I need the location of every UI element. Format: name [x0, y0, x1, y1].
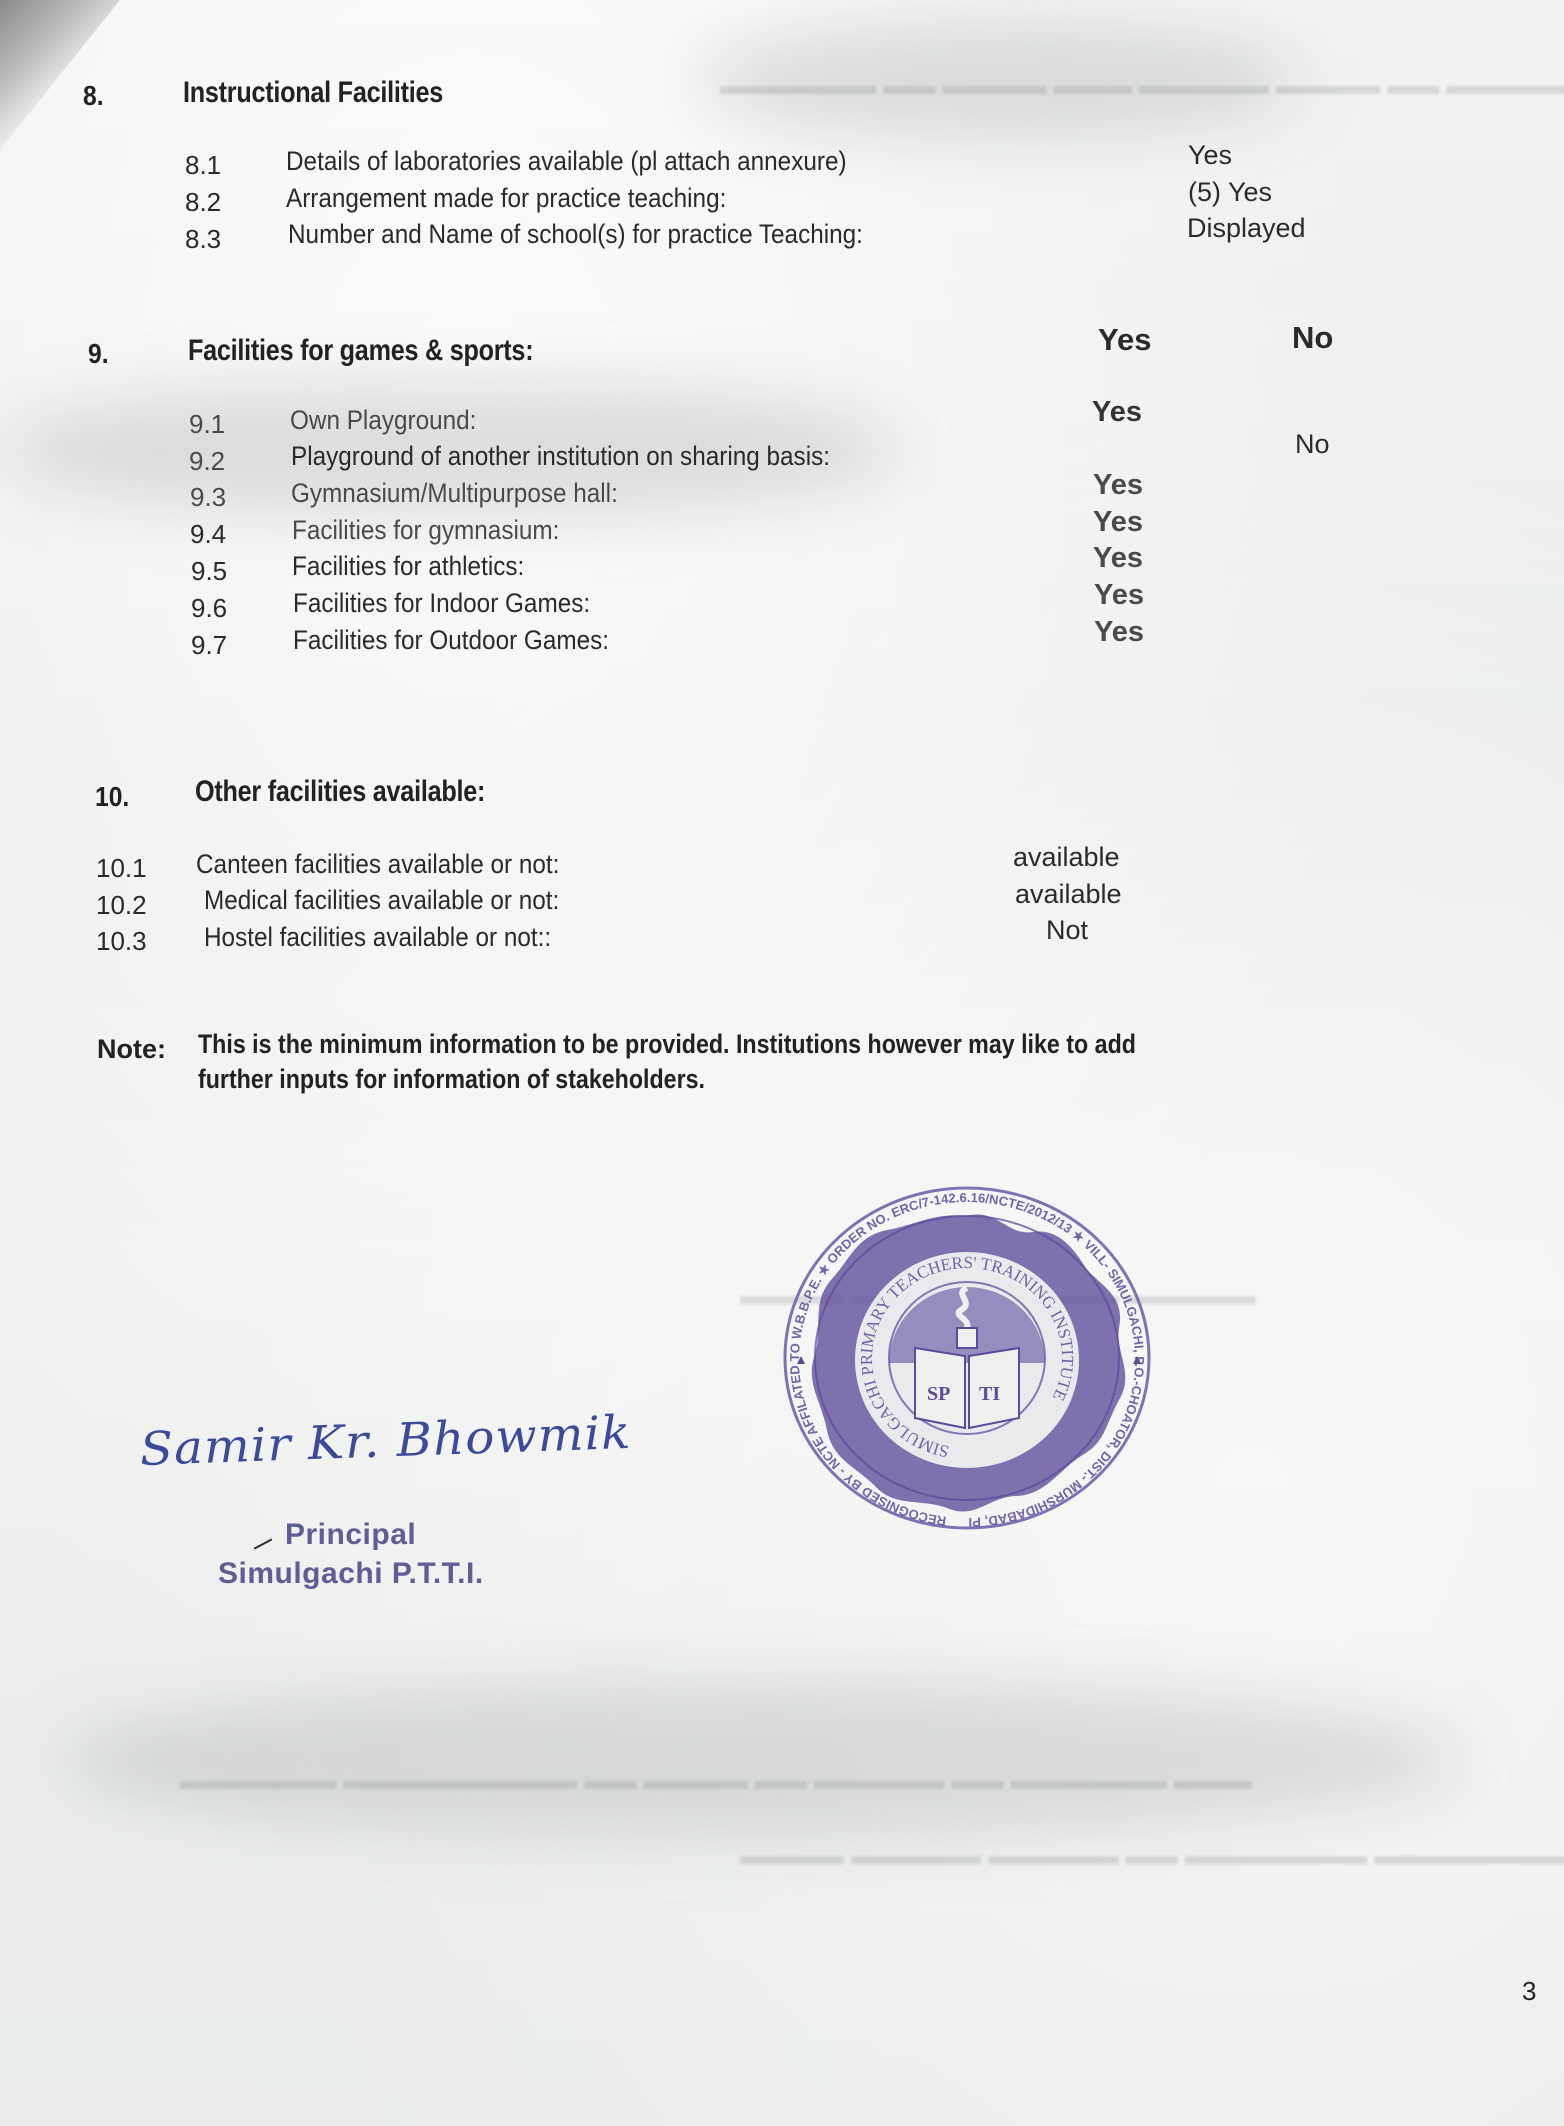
stamp-monogram-left: SP: [927, 1383, 950, 1405]
bleed-through-text: ▬▬▬▬ ▬▬▬▬▬ ▬▬▬▬▬ ▬▬ ▬▬▬▬▬▬▬ ▬▬▬▬▬▬▬▬▬: [740, 1840, 1564, 1871]
item-8-2-label: Arrangement made for practice teaching:: [286, 183, 726, 214]
item-9-5-number: 9.5: [191, 556, 227, 587]
item-9-7-yes: Yes: [1094, 616, 1144, 649]
item-9-5-yes: Yes: [1093, 542, 1143, 575]
item-9-3-yes: Yes: [1093, 469, 1143, 502]
item-8-2-number: 8.2: [185, 187, 221, 218]
item-10-2-label: Medical facilities available or not:: [204, 885, 559, 916]
item-9-1-label: Own Playground:: [290, 405, 476, 436]
principal-title-stamp: Principal: [285, 1518, 416, 1552]
item-8-3-label: Number and Name of school(s) for practic…: [288, 219, 863, 250]
item-8-3-number: 8.3: [185, 224, 221, 255]
item-9-4-yes: Yes: [1093, 506, 1143, 539]
section-10-number: 10.: [95, 781, 129, 813]
item-9-6-number: 9.6: [191, 593, 227, 624]
section-9-title: Facilities for games & sports:: [188, 334, 533, 368]
column-header-yes: Yes: [1098, 322, 1151, 358]
bleed-through-text: ▬▬▬▬▬▬ ▬▬▬▬▬▬▬▬▬ ▬▬ ▬▬▬▬ ▬▬ ▬▬▬▬▬ ▬▬ ▬▬▬…: [180, 1765, 1252, 1796]
item-10-2-value: available: [1015, 879, 1122, 910]
bleed-through-text: ▬▬▬▬▬▬ ▬▬ ▬▬▬▬ ▬▬▬ ▬▬▬▬▬ ▬▬▬▬ ▬▬ ▬▬▬▬▬▬ …: [720, 70, 1564, 101]
item-9-1-yes: Yes: [1092, 396, 1142, 429]
item-9-6-label: Facilities for Indoor Games:: [293, 588, 590, 619]
item-10-3-number: 10.3: [96, 926, 147, 957]
item-8-3-value: Displayed: [1187, 213, 1306, 244]
page-number: 3: [1522, 1976, 1536, 2007]
item-10-3-label: Hostel facilities available or not::: [204, 922, 551, 953]
item-10-1-label: Canteen facilities available or not:: [196, 849, 559, 880]
section-8-number: 8.: [83, 80, 104, 112]
item-10-1-number: 10.1: [96, 853, 147, 884]
column-header-no: No: [1292, 320, 1333, 356]
item-9-7-label: Facilities for Outdoor Games:: [293, 625, 609, 656]
item-9-3-number: 9.3: [190, 482, 226, 513]
note-line-1: This is the minimum information to be pr…: [198, 1029, 1136, 1060]
item-10-1-value: available: [1013, 842, 1120, 873]
seal-graphic: RECOGNISED BY - NCTE AFFILATED TO W.B.B.…: [775, 1178, 1160, 1538]
item-9-4-label: Facilities for gymnasium:: [292, 515, 559, 546]
item-8-1-value: Yes: [1188, 140, 1232, 171]
item-9-2-number: 9.2: [189, 446, 225, 477]
item-9-4-number: 9.4: [190, 519, 226, 550]
scan-smudge: [60, 1680, 1460, 1840]
item-9-2-no: No: [1295, 429, 1330, 460]
section-9-number: 9.: [88, 338, 109, 370]
item-9-2-label: Playground of another institution on sha…: [291, 441, 830, 472]
item-9-3-label: Gymnasium/Multipurpose hall:: [291, 478, 618, 509]
stamp-monogram-right: TI: [979, 1383, 1000, 1405]
section-8-title: Instructional Facilities: [183, 76, 443, 110]
item-9-6-yes: Yes: [1094, 579, 1144, 612]
item-9-1-number: 9.1: [189, 409, 225, 440]
item-10-3-value: Not: [1046, 915, 1088, 946]
note-line-2: further inputs for information of stakeh…: [198, 1064, 705, 1095]
institution-seal-stamp: RECOGNISED BY - NCTE AFFILATED TO W.B.B.…: [775, 1178, 1160, 1538]
item-9-5-label: Facilities for athletics:: [292, 551, 524, 582]
item-10-2-number: 10.2: [96, 890, 147, 921]
institution-name-stamp: Simulgachi P.T.T.I.: [218, 1557, 484, 1591]
item-8-1-label: Details of laboratories available (pl at…: [286, 146, 847, 177]
note-label: Note:: [97, 1034, 166, 1065]
item-8-1-number: 8.1: [185, 150, 221, 181]
section-10-title: Other facilities available:: [195, 775, 485, 809]
item-9-7-number: 9.7: [191, 630, 227, 661]
item-8-2-value: (5) Yes: [1188, 177, 1272, 208]
